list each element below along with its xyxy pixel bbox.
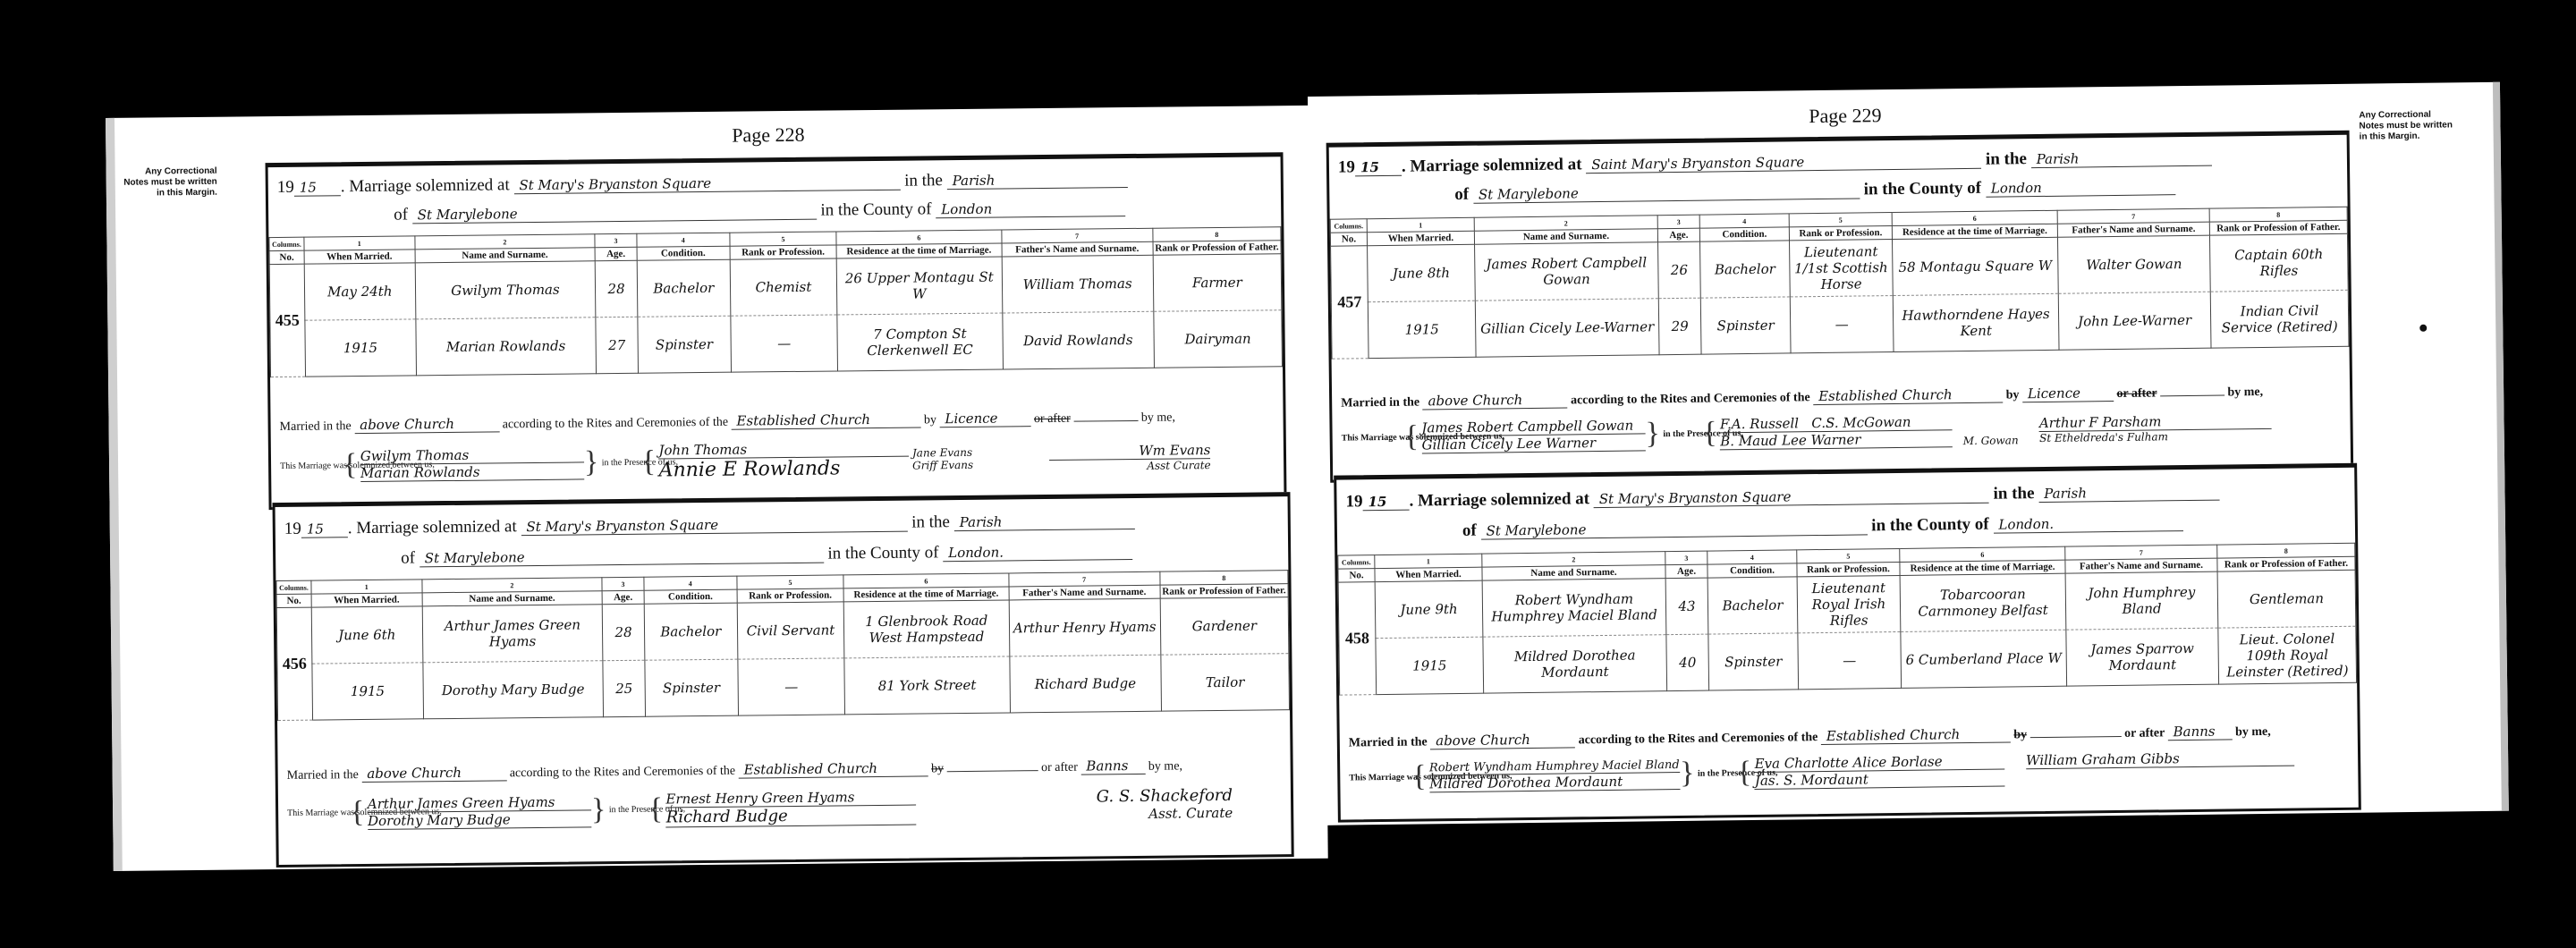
page-number: Page 229 <box>1809 104 1882 128</box>
brace-icon: } <box>584 445 599 478</box>
groom-age: 26 <box>1658 241 1701 299</box>
in-presence-label: in the Presence of us, <box>1698 768 1737 779</box>
col-number: 3 <box>595 233 637 247</box>
col-number: 7 <box>1001 228 1152 243</box>
of-label: of <box>394 205 408 224</box>
brace-icon: { <box>641 445 657 478</box>
in-the-label: in the <box>911 512 950 531</box>
entry-subheading: of St Marylebone in the County of London… <box>1462 512 2183 541</box>
header-no: No. <box>269 250 304 264</box>
in-the-label: in the <box>904 171 943 190</box>
according-label: according to the Rites and Ceremonies of… <box>510 765 735 781</box>
entry-subheading: of St Marylebone in the County of London <box>1454 176 2175 205</box>
this-marriage-label: This Marriage was solemnized between us, <box>287 808 350 818</box>
brace-icon: { <box>343 448 358 481</box>
col-number: 1 <box>1367 217 1474 232</box>
district-name: St Marylebone <box>419 546 824 568</box>
bride-row: 1915 Mildred Dorothea Mordaunt 40 Spinst… <box>1339 626 2357 695</box>
of-label: of <box>1454 185 1469 204</box>
according-label: according to the Rites and Ceremonies of… <box>1579 731 1818 747</box>
this-marriage-label: This Marriage was solemnized between us, <box>1342 432 1404 443</box>
entry-heading: 1915. Marriage solemnized at St Mary's B… <box>1345 482 2219 512</box>
bride-father: Richard Budge <box>1009 655 1161 713</box>
bride-father-rank: Tailor <box>1161 654 1290 711</box>
this-marriage-label: This Marriage was solemnized between us, <box>1349 772 1411 783</box>
bride-rank: — <box>731 315 838 372</box>
bride-row: 1915 Marian Rowlands 27 Spinster — 7 Com… <box>270 310 1283 377</box>
header-no: No. <box>276 594 311 607</box>
groom-father-rank: Gentleman <box>2217 570 2356 628</box>
officiant-title: St Etheldreda's Fulham <box>2039 428 2272 444</box>
brace-icon: { <box>1403 420 1419 453</box>
bride-age: 40 <box>1666 634 1709 691</box>
by-label: by <box>924 413 936 427</box>
entry-heading: 1915. Marriage solemnized at Saint Mary'… <box>1338 148 2212 178</box>
year-value: 15 <box>1355 159 1402 177</box>
county-name: London. <box>943 543 1132 562</box>
register-table: Columns.12345678 No.When Married.Name an… <box>1330 207 2350 360</box>
col-number: 5 <box>1797 548 1900 563</box>
signatures: This Marriage was solemnized between us,… <box>1349 749 2294 795</box>
register-page-228: Page 228 Any Correctional Notes must be … <box>106 106 1328 871</box>
county-name: London <box>936 199 1125 218</box>
brace-icon: { <box>1411 759 1427 792</box>
by-value <box>2030 736 2122 738</box>
bride-name: Gillian Cicely Lee-Warner <box>1475 299 1659 357</box>
or-after-value <box>2160 395 2224 397</box>
register-table: Columns.12345678 No.When Married.Name an… <box>275 570 1290 721</box>
or-after-label: or after <box>1041 761 1078 774</box>
bride-rank: — <box>738 658 845 715</box>
bride-name: Dorothy Mary Budge <box>422 661 603 719</box>
groom-rank: Lieutenant 1/1st Scottish Horse <box>1790 240 1894 297</box>
witness-signature: Griff Evans <box>912 459 993 472</box>
date-married: May 24th <box>304 263 415 320</box>
married-in-value: above Church <box>1422 391 1567 410</box>
bride-row: 1915 Gillian Cicely Lee-Warner 29 Spinst… <box>1331 290 2349 359</box>
entry-subheading: of St Marylebone in the County of London <box>394 198 1125 225</box>
bride-signature: Marian Rowlands <box>360 462 584 482</box>
groom-age: 43 <box>1665 578 1708 635</box>
witness-signature: Jas. S. Mordaunt <box>1755 770 2005 790</box>
or-after-label: or after <box>2116 386 2157 401</box>
witness-signature: M. Gowan <box>1963 434 2019 447</box>
date-married: June 6th <box>311 606 422 664</box>
rites-value: Established Church <box>1821 725 2011 745</box>
groom-name: Gwilym Thomas <box>415 261 596 319</box>
groom-father-rank: Gardener <box>1160 597 1289 655</box>
header-age: Age. <box>602 590 644 604</box>
married-in-label: Married in the <box>1349 735 1428 749</box>
brace-icon: { <box>1737 756 1752 789</box>
entry-number: 457 <box>1331 246 1369 359</box>
according-label: according to the Rites and Ceremonies of… <box>1571 391 1810 407</box>
brace-icon: { <box>350 796 365 829</box>
col-number: 1 <box>311 580 422 594</box>
officiant-signature: Wm Evans <box>1049 442 1210 461</box>
col-number: 4 <box>1707 550 1797 564</box>
bride-signature: Dorothy Mary Budge <box>368 810 591 830</box>
page-number: Page 228 <box>732 123 805 148</box>
or-after-value: Banns <box>1080 758 1145 775</box>
header-when-married: When Married. <box>1367 231 1474 245</box>
married-in-value: above Church <box>354 415 499 434</box>
margin-note: Any Correctional Notes must be written i… <box>2359 109 2457 142</box>
header-father-rank: Rank or Profession of Father. <box>1160 584 1288 598</box>
bride-father-rank: Dairyman <box>1154 310 1283 368</box>
groom-rank: Civil Servant <box>737 602 844 659</box>
or-after-value <box>1073 420 1138 422</box>
bride-rank: — <box>1790 296 1894 353</box>
groom-condition: Bachelor <box>1700 241 1791 298</box>
rites-line: Married in the above Church according to… <box>1341 383 2263 411</box>
witness-signature: C.S. McGowan <box>1811 414 1911 431</box>
of-label: of <box>401 548 415 567</box>
marriage-entry-457: 1915. Marriage solemnized at Saint Mary'… <box>1326 131 2354 483</box>
groom-residence: 26 Upper Montagu St W <box>836 257 1002 315</box>
year-married: 1915 <box>312 663 423 720</box>
groom-father: Arthur Henry Hyams <box>1009 598 1161 656</box>
header-age: Age. <box>595 247 637 260</box>
groom-name: James Robert Campbell Gowan <box>1475 242 1659 300</box>
rites-line: Married in the above Church according to… <box>1349 723 2271 751</box>
bride-name: Marian Rowlands <box>415 317 596 376</box>
rites-value: Established Church <box>738 759 928 778</box>
district-type: Parish <box>947 171 1128 190</box>
register-table: Columns.12345678 No.When Married.Name an… <box>1337 543 2357 696</box>
groom-residence: Tobarcooran Carnmoney Belfast <box>1900 573 2066 631</box>
columns-label: Columns. <box>1330 219 1367 233</box>
groom-father: Walter Gowan <box>2057 235 2210 293</box>
bride-father: David Rowlands <box>1002 311 1154 369</box>
col-number: 4 <box>1699 214 1789 228</box>
rites-line: Married in the above Church according to… <box>287 757 1182 783</box>
brace-icon: } <box>1645 417 1660 450</box>
by-me-label: by me, <box>1148 759 1182 773</box>
header-age: Age. <box>1657 228 1699 242</box>
by-me-label: by me, <box>2227 385 2263 399</box>
groom-father: John Humphrey Bland <box>2065 571 2218 630</box>
married-in-value: above Church <box>361 764 506 783</box>
in-the-label: in the <box>1993 484 2034 504</box>
header-no: No. <box>1338 569 1375 582</box>
col-number: 3 <box>1665 551 1707 565</box>
bride-condition: Spinster <box>1708 633 1799 690</box>
church-name: St Mary's Bryanston Square <box>1594 487 1989 508</box>
header-no: No. <box>1330 233 1367 246</box>
year-value: 15 <box>1362 494 1409 512</box>
entry-number: 458 <box>1338 582 1377 695</box>
signatures: This Marriage was solemnized between us,… <box>1341 410 2272 455</box>
header-father-rank: Rank or Profession of Father. <box>1153 241 1281 255</box>
marriage-entry-456: 1915. Marriage solemnized at St Mary's B… <box>273 492 1294 868</box>
in-presence-label: in the Presence of us, <box>1663 428 1702 439</box>
solemnized-label: Marriage solemnized at <box>1418 489 1589 510</box>
this-marriage-label: This Marriage was solemnized between us, <box>280 461 343 471</box>
year-married: 1915 <box>1368 300 1476 358</box>
groom-father: William Thomas <box>1002 255 1154 313</box>
county-label: in the County of <box>820 199 931 219</box>
groom-residence: 1 Glenbrook Road West Hampstead <box>843 600 1009 658</box>
bride-name: Mildred Dorothea Mordaunt <box>1483 635 1667 693</box>
register-page-229: Page 229 Any Correctional Notes must be … <box>1308 82 2509 825</box>
witness-signature: F.A. Russell <box>1720 415 1799 432</box>
col-number: 3 <box>602 577 644 590</box>
signatures: This Marriage was solemnized between us,… <box>280 436 1211 486</box>
date-married: June 8th <box>1368 244 1476 301</box>
groom-condition: Bachelor <box>644 603 738 660</box>
bride-residence: 6 Cumberland Place W <box>1901 630 2067 688</box>
header-condition: Condition. <box>644 589 737 604</box>
year-prefix: 19 <box>1338 157 1355 176</box>
by-label: by <box>2006 388 2020 402</box>
church-name: St Mary's Bryanston Square <box>521 515 907 537</box>
bride-condition: Spinster <box>1700 297 1791 354</box>
groom-residence: 58 Montagu Square W <box>1892 237 2058 295</box>
header-rank: Rank or Profession. <box>737 588 843 603</box>
header-condition: Condition. <box>1707 563 1797 578</box>
col-number: 1 <box>304 236 415 250</box>
county-label: in the County of <box>1871 515 1989 536</box>
register-table: Columns.12345678 No.When Married.Name an… <box>268 226 1283 377</box>
married-in-label: Married in the <box>1341 395 1419 410</box>
entry-heading: 1915. Marriage solemnized at St Mary's B… <box>277 169 1128 198</box>
groom-condition: Bachelor <box>1707 577 1798 634</box>
of-label: of <box>1462 521 1477 540</box>
groom-father-rank: Farmer <box>1153 254 1282 311</box>
by-label: by <box>2013 728 2027 741</box>
columns-label: Columns. <box>1338 555 1375 569</box>
witness-signature: Annie E Rowlands <box>659 457 910 482</box>
col-number: 1 <box>1375 554 1482 568</box>
by-label: by <box>931 762 944 775</box>
ink-spot <box>2419 325 2427 332</box>
married-in-value: above Church <box>1430 731 1575 749</box>
brace-icon: { <box>1702 416 1717 449</box>
bride-condition: Spinster <box>638 316 732 373</box>
county-name: London <box>1986 178 2175 198</box>
according-label: according to the Rites and Ceremonies of… <box>503 416 728 432</box>
groom-name: Robert Wyndham Humphrey Maciel Bland <box>1482 579 1666 637</box>
marriage-entry-455: 1915. Marriage solemnized at St Mary's B… <box>266 152 1287 510</box>
groom-age: 28 <box>595 260 637 317</box>
witness-signature: Richard Budge <box>666 806 917 828</box>
or-after-label: or after <box>2124 726 2165 741</box>
year-value: 15 <box>301 521 348 538</box>
marriage-entry-458: 1915. Marriage solemnized at St Mary's B… <box>1334 463 2361 823</box>
col-number: 4 <box>644 576 737 590</box>
brace-icon: { <box>648 792 664 825</box>
by-value: Licence <box>2022 385 2114 402</box>
bride-father: James Sparrow Mordaunt <box>2066 628 2219 686</box>
bride-age: 25 <box>603 660 645 716</box>
year-prefix: 19 <box>1345 492 1362 511</box>
church-name: St Mary's Bryanston Square <box>513 174 900 195</box>
county-label: in the County of <box>1864 179 1982 199</box>
solemnized-label: Marriage solemnized at <box>349 175 510 196</box>
witness-signature: B. Maud Lee Warner <box>1720 430 1953 450</box>
signatures: This Marriage was solemnized between us,… <box>287 785 1233 832</box>
brace-icon: } <box>1680 757 1695 790</box>
or-after-value: Banns <box>2167 723 2232 741</box>
col-number: 4 <box>637 233 730 247</box>
officiant-title: Asst Curate <box>1050 459 1211 473</box>
bride-residence: 7 Compton St Clerkenwell EC <box>837 313 1003 371</box>
groom-row: 455 May 24th Gwilym Thomas 28 Bachelor C… <box>269 254 1282 321</box>
header-when-married: When Married. <box>304 250 415 264</box>
groom-rank: Lieutenant Royal Irish Rifles <box>1797 575 1901 632</box>
columns-label: Columns. <box>269 237 304 250</box>
year-value: 15 <box>294 179 341 197</box>
year-prefix: 19 <box>277 178 294 197</box>
groom-rank: Chemist <box>730 258 837 316</box>
district-type: Parish <box>2031 149 2212 168</box>
col-number: 8 <box>1160 571 1288 585</box>
entry-subheading: of St Marylebone in the County of London… <box>401 541 1132 569</box>
entry-number: 456 <box>276 607 312 720</box>
bride-rank: — <box>1798 631 1902 689</box>
brace-icon: } <box>591 793 606 826</box>
bride-row: 1915 Dorothy Mary Budge 25 Spinster — 81… <box>277 654 1290 721</box>
district-name: St Marylebone <box>412 203 817 224</box>
entry-heading: 1915. Marriage solemnized at St Mary's B… <box>284 511 1135 539</box>
groom-condition: Bachelor <box>637 259 731 317</box>
bride-father-rank: Indian Civil Service (Retired) <box>2210 290 2349 348</box>
col-number: 5 <box>730 232 836 246</box>
header-father-name: Father's Name and Surname. <box>1002 241 1153 257</box>
solemnized-label: Marriage solemnized at <box>1410 155 1581 175</box>
groom-age: 28 <box>603 604 645 660</box>
groom-signature: Arthur James Green Hyams <box>368 793 591 813</box>
groom-row: 456 June 6th Arthur James Green Hyams 28… <box>276 597 1289 664</box>
county-label: in the County of <box>827 543 938 563</box>
header-father-name: Father's Name and Surname. <box>1009 585 1160 600</box>
rites-line: Married in the above Church according to… <box>280 408 1175 434</box>
by-me-label: by me, <box>2235 725 2271 739</box>
col-number: 8 <box>1153 227 1281 241</box>
in-the-label: in the <box>1986 149 2027 169</box>
by-me-label: by me, <box>1141 411 1175 424</box>
year-prefix: 19 <box>284 520 301 538</box>
col-number: 3 <box>1657 215 1699 229</box>
header-condition: Condition. <box>1699 227 1789 241</box>
bride-father: John Lee-Warner <box>2058 292 2211 350</box>
groom-name: Arthur James Green Hyams <box>422 605 603 663</box>
rites-value: Established Church <box>1813 386 2003 406</box>
in-presence-label: in the Presence of us, <box>602 457 641 467</box>
year-married: 1915 <box>1376 637 1484 694</box>
header-when-married: When Married. <box>1375 567 1482 581</box>
district-name: St Marylebone <box>1473 182 1860 203</box>
rites-value: Established Church <box>731 411 920 429</box>
date-married: June 9th <box>1375 580 1483 638</box>
district-type: Parish <box>2038 484 2219 503</box>
header-age: Age. <box>1665 564 1707 579</box>
margin-note: Any Correctional Notes must be written i… <box>119 166 217 199</box>
solemnized-label: Marriage solemnized at <box>356 517 517 537</box>
entry-number: 455 <box>269 264 305 377</box>
in-presence-label: in the Presence of us, <box>609 805 648 815</box>
col-number: 5 <box>1789 213 1892 227</box>
col-number: 7 <box>1008 571 1159 587</box>
header-rank: Rank or Profession. <box>1797 562 1900 576</box>
bride-condition: Spinster <box>645 659 739 716</box>
church-name: Saint Mary's Bryanston Square <box>1586 152 1981 174</box>
by-value: Licence <box>939 410 1030 427</box>
bride-signature: Gillian Cicely Lee Warner <box>1421 434 1645 453</box>
bride-signature: Mildred Dorothea Mordaunt <box>1429 772 1680 791</box>
header-rank: Rank or Profession. <box>1789 226 1892 241</box>
groom-father-rank: Captain 60th Rifles <box>2209 233 2348 292</box>
columns-label: Columns. <box>276 580 311 594</box>
header-condition: Condition. <box>637 246 730 260</box>
bride-residence: 81 York Street <box>844 656 1010 715</box>
county-name: London. <box>1993 514 2182 534</box>
bride-father-rank: Lieut. Colonel 109th Royal Leinster (Ret… <box>2218 626 2357 684</box>
groom-signature: Gwilym Thomas <box>360 445 584 465</box>
officiant-signature: William Graham Gibbs <box>2026 749 2294 770</box>
by-value <box>947 770 1038 772</box>
or-after-label: or after <box>1034 412 1071 426</box>
year-married: 1915 <box>305 319 416 377</box>
bride-age: 29 <box>1658 298 1701 355</box>
officiant-title: Asst. Curate <box>1036 805 1233 823</box>
married-in-label: Married in the <box>287 768 359 783</box>
bride-age: 27 <box>596 317 638 373</box>
married-in-label: Married in the <box>280 419 352 434</box>
col-number: 5 <box>737 575 843 589</box>
officiant-signature: G. S. Shackeford <box>1036 786 1233 807</box>
header-when-married: When Married. <box>311 593 422 607</box>
header-rank: Rank or Profession. <box>730 245 836 259</box>
bride-residence: Hawthorndene Hayes Kent <box>1893 293 2059 351</box>
district-type: Parish <box>954 512 1135 531</box>
witness-signature: Jane Evans <box>912 446 993 460</box>
district-name: St Marylebone <box>1480 518 1867 539</box>
